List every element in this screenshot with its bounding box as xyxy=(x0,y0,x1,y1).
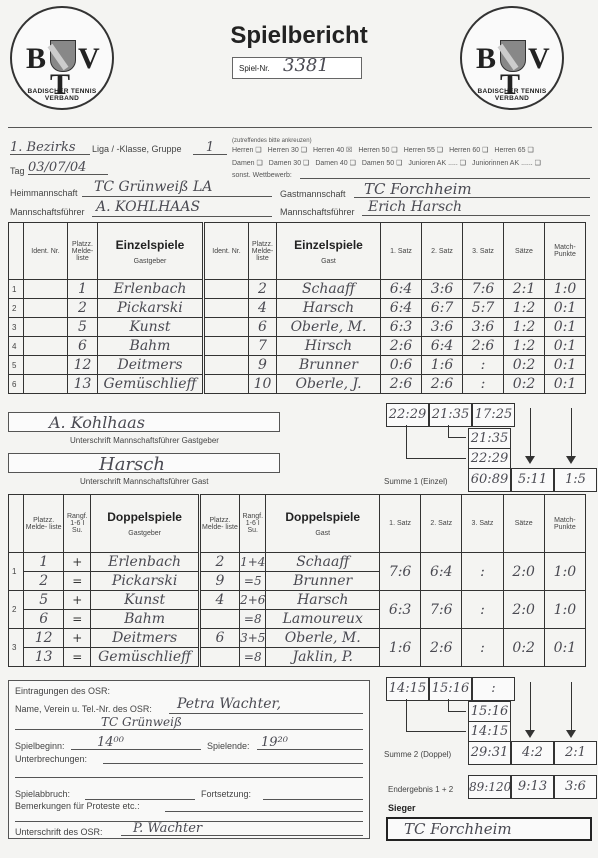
signature-host-label: Unterschrift Mannschaftsführer Gastgeber xyxy=(70,436,219,445)
guest-platz-cell[interactable]: 9 xyxy=(249,356,277,375)
row-number: 6 xyxy=(9,375,24,394)
doubles-title-guest: Doppelspiele xyxy=(266,510,379,524)
spielbeginn-value: 14⁰⁰ xyxy=(97,735,124,750)
satz1-cell[interactable]: 2:6 xyxy=(381,337,422,356)
singles-title-guest: Einzelspiele xyxy=(277,238,380,252)
host-platz-cell[interactable]: 12 xyxy=(24,629,64,648)
satz2-cell[interactable]: 3:6 xyxy=(422,318,463,337)
heim-field[interactable]: TC Grünweiß LA xyxy=(82,178,272,197)
guest-rang-cell[interactable]: 1+4 xyxy=(240,553,266,572)
carry-satz2: 15:16 xyxy=(468,701,511,723)
category-junioren[interactable]: Junioren AK ..... ❑ xyxy=(408,159,466,167)
satz3-cell[interactable]: : xyxy=(463,356,504,375)
guest-rang-cell[interactable]: 2+6 xyxy=(240,591,266,610)
host-player-cell[interactable]: Gemüschlieff xyxy=(91,648,200,667)
satz3-cell[interactable]: : xyxy=(462,629,503,667)
match-cell[interactable]: 0:1 xyxy=(545,299,586,318)
satz1-cell[interactable]: 7:6 xyxy=(379,553,420,591)
host-player-cell[interactable]: Pickarski xyxy=(98,299,204,318)
unterbrechungen-field-2[interactable] xyxy=(15,769,363,778)
osr-section: Eintragungen des OSR: Name, Verein u. Te… xyxy=(8,680,370,839)
tag-value: 03/07/04 xyxy=(28,160,86,175)
spielbeginn-field[interactable]: 14⁰⁰ xyxy=(71,733,201,750)
tag-field[interactable]: 03/07/04 xyxy=(28,158,108,175)
host-player-cell[interactable]: Deitmers xyxy=(91,629,200,648)
page-title: Spielbericht xyxy=(0,22,598,50)
signature-host-field[interactable]: A. Kohlhaas xyxy=(8,412,280,432)
table-row: 46Bahm7Hirsch2:66:42:61:20:1 xyxy=(9,337,586,356)
endergebnis-row: 89:120 9:13 3:6 xyxy=(468,775,597,799)
guest-platz-cell[interactable]: 6 xyxy=(199,629,239,648)
guest-player-cell[interactable]: Harsch xyxy=(266,591,380,610)
guest-label: Gast xyxy=(321,258,336,265)
arrow-down-icon xyxy=(566,456,576,464)
saetze-cell[interactable]: 2:0 xyxy=(503,553,544,591)
guest-player-cell[interactable]: Oberle, M. xyxy=(277,318,381,337)
table-row: 22Pickarski4Harsch6:46:75:71:20:1 xyxy=(9,299,586,318)
singles-totals: 22:29 21:35 17:25 xyxy=(386,403,515,427)
col-guest: DoppelspieleGast xyxy=(266,495,380,553)
col-platz: Platzz. Melde- liste xyxy=(24,495,64,553)
fortsetzung-label: Fortsetzung: xyxy=(201,789,251,799)
guest-platz-cell[interactable]: 10 xyxy=(249,375,277,394)
host-ident-cell[interactable] xyxy=(24,337,68,356)
guest-ident-cell[interactable] xyxy=(204,318,249,337)
guest-ident-cell[interactable] xyxy=(204,375,249,394)
match-cell[interactable]: 1:0 xyxy=(545,280,586,299)
tag-label: Tag xyxy=(10,166,25,176)
total-satz2: 21:35 xyxy=(429,403,472,427)
carry-satz1: 14:15 xyxy=(468,721,511,743)
host-player-cell[interactable]: Deitmers xyxy=(98,356,204,375)
sieger-label: Sieger xyxy=(388,803,416,813)
summe2-row: 29:31 4:2 2:1 xyxy=(468,741,597,765)
satz2-cell[interactable]: 1:6 xyxy=(422,356,463,375)
gast-label: Gastmannschaft xyxy=(280,189,346,199)
pair-number: 3 xyxy=(9,629,24,667)
col-rang-guest: Rangf. 1-6 I Su. xyxy=(240,495,266,553)
arrow-down-icon xyxy=(525,730,535,738)
col-match: Match- Punkte xyxy=(544,495,585,553)
osr-name-value-2: TC Grünweiß xyxy=(101,715,182,729)
col-host: DoppelspieleGastgeber xyxy=(91,495,200,553)
host-rang-cell[interactable]: + xyxy=(64,629,91,648)
arrow-connector xyxy=(448,699,449,711)
guest-player-cell[interactable]: Hirsch xyxy=(277,337,381,356)
logo-ring-text: BADISCHER TENNIS VERBAND xyxy=(466,88,558,102)
host-player-cell[interactable]: Bahm xyxy=(91,610,200,629)
table-row: 512Deitmers9Brunner0:61:6:0:20:1 xyxy=(9,356,586,375)
unterbrechungen-field[interactable] xyxy=(103,753,363,764)
host-ident-cell[interactable] xyxy=(24,299,68,318)
row-number: 1 xyxy=(9,280,24,299)
host-platz-cell[interactable]: 6 xyxy=(24,610,64,629)
bemerkungen-field[interactable] xyxy=(165,801,363,812)
spiel-nr-field[interactable]: Spiel-Nr. 3381 xyxy=(232,57,362,79)
arrow-connector xyxy=(406,458,466,459)
guest-platz-cell[interactable]: 2 xyxy=(199,553,239,572)
match-cell[interactable]: 0:1 xyxy=(545,375,586,394)
satz1-cell[interactable]: 1:6 xyxy=(379,629,420,667)
host-player-cell[interactable]: Erlenbach xyxy=(91,553,200,572)
spiel-nr-label: Spiel-Nr. xyxy=(239,64,270,73)
guest-player-cell[interactable]: Oberle, J. xyxy=(277,375,381,394)
guest-rang-cell[interactable]: =8 xyxy=(240,610,266,629)
gruppe-value: 1 xyxy=(206,140,214,155)
guest-player-cell[interactable]: Oberle, M. xyxy=(266,629,380,648)
satz1-cell[interactable]: 0:6 xyxy=(381,356,422,375)
fortsetzung-field[interactable] xyxy=(263,789,363,800)
saetze-cell[interactable]: 2:0 xyxy=(503,591,544,629)
satz2-cell[interactable]: 2:6 xyxy=(421,629,462,667)
osr-signature-field[interactable]: P. Wachter xyxy=(121,819,363,836)
gast-fuehrer-value: Erich Harsch xyxy=(368,199,462,215)
total-satz2: 15:16 xyxy=(429,677,472,701)
guest-player-cell[interactable]: Schaaff xyxy=(277,280,381,299)
guest-player-cell[interactable]: Schaaff xyxy=(266,553,380,572)
summe2-label: Summe 2 (Doppel) xyxy=(384,750,451,759)
summe1-match: 1:5 xyxy=(554,468,597,492)
heim-value: TC Grünweiß LA xyxy=(94,179,212,195)
host-platz-cell[interactable]: 1 xyxy=(68,280,98,299)
category-note: (zutreffendes bitte ankreuzen) xyxy=(232,138,312,144)
arrow-down-icon xyxy=(530,408,531,458)
saetze-cell[interactable]: 0:2 xyxy=(504,375,545,394)
pair-number: 1 xyxy=(9,553,24,591)
arrow-connector xyxy=(406,425,407,458)
summe2-games: 29:31 xyxy=(468,741,511,765)
category-damen-40[interactable]: Damen 40 ❑ xyxy=(315,159,356,167)
arrow-down-icon xyxy=(566,730,576,738)
gruppe-field[interactable]: 1 xyxy=(193,138,227,155)
arrow-down-icon xyxy=(571,408,572,458)
host-ident-cell[interactable] xyxy=(24,318,68,337)
arrow-connector xyxy=(406,699,407,731)
spielende-label: Spielende: xyxy=(207,741,250,751)
match-cell[interactable]: 0:1 xyxy=(544,629,585,667)
col-satz1: 1. Satz xyxy=(379,495,420,553)
match-cell[interactable]: 0:1 xyxy=(545,337,586,356)
match-cell[interactable]: 1:0 xyxy=(544,591,585,629)
guest-rang-cell[interactable]: =5 xyxy=(240,572,266,591)
row-number: 4 xyxy=(9,337,24,356)
spielabbruch-label: Spielabbruch: xyxy=(15,789,70,799)
host-label: Gastgeber xyxy=(134,258,167,265)
guest-label: Gast xyxy=(315,530,330,537)
final-saetze: 9:13 xyxy=(511,775,554,799)
category-row-2: Damen ❑ Damen 30 ❑ Damen 40 ❑ Damen 50 ❑… xyxy=(232,159,598,167)
col-satz3: 3. Satz xyxy=(462,495,503,553)
guest-ident-cell[interactable] xyxy=(204,299,249,318)
host-platz-cell[interactable]: 5 xyxy=(24,591,64,610)
col-match: Match- Punkte xyxy=(545,223,586,280)
osr-signature-label: Unterschrift des OSR: xyxy=(15,827,103,837)
match-cell[interactable]: 0:1 xyxy=(545,356,586,375)
col-rang: Rangf. 1-6 I Su. xyxy=(64,495,91,553)
row-number: 5 xyxy=(9,356,24,375)
host-rang-cell[interactable]: + xyxy=(64,591,91,610)
satz2-cell[interactable]: 7:6 xyxy=(421,591,462,629)
col-ident: Ident. Nr. xyxy=(24,223,68,280)
host-platz-cell[interactable]: 13 xyxy=(24,648,64,667)
satz3-cell[interactable]: : xyxy=(463,375,504,394)
category-herren-65[interactable]: Herren 65 ❑ xyxy=(494,146,533,154)
host-player-cell[interactable]: Kunst xyxy=(91,591,200,610)
osr-signature-value: P. Wachter xyxy=(133,821,202,836)
saetze-cell[interactable]: 2:1 xyxy=(504,280,545,299)
col-saetze: Sätze xyxy=(504,223,545,280)
gast-field[interactable]: TC Forchheim xyxy=(354,180,590,198)
sonst-label: sonst. Wettbewerb: xyxy=(232,172,292,179)
host-platz-cell[interactable]: 13 xyxy=(68,375,98,394)
gast-fuehrer-label: Mannschaftsführer xyxy=(280,207,355,217)
table-row: 613Gemüschlieff10Oberle, J.2:62:6:0:20:1 xyxy=(9,375,586,394)
satz3-cell[interactable]: 2:6 xyxy=(463,337,504,356)
host-player-cell[interactable]: Kunst xyxy=(98,318,204,337)
guest-platz-cell[interactable]: 7 xyxy=(249,337,277,356)
arrow-down-icon xyxy=(530,682,531,732)
guest-platz-cell[interactable]: 9 xyxy=(199,572,239,591)
col-guest: EinzelspieleGast xyxy=(277,223,381,280)
category-damen-50[interactable]: Damen 50 ❑ xyxy=(362,159,403,167)
saetze-cell[interactable]: 1:2 xyxy=(504,318,545,337)
summe1-games: 60:89 xyxy=(468,468,511,492)
satz2-cell[interactable]: 6:7 xyxy=(422,299,463,318)
row-number: 2 xyxy=(9,299,24,318)
category-herren[interactable]: Herren ❑ xyxy=(232,146,262,154)
guest-platz-cell[interactable] xyxy=(199,648,239,667)
satz1-cell[interactable]: 6:3 xyxy=(379,591,420,629)
host-label: Gastgeber xyxy=(128,530,161,537)
host-platz-cell[interactable]: 6 xyxy=(68,337,98,356)
category-herren-50[interactable]: Herren 50 ❑ xyxy=(358,146,397,154)
host-rang-cell[interactable]: = xyxy=(64,648,91,667)
summe2-saetze: 4:2 xyxy=(511,741,554,765)
total-satz1: 14:15 xyxy=(386,677,429,701)
arrow-connector xyxy=(448,425,449,437)
host-rang-cell[interactable]: + xyxy=(64,553,91,572)
category-damen[interactable]: Damen ❑ xyxy=(232,159,263,167)
arrow-connector xyxy=(406,731,466,732)
satz3-cell[interactable]: : xyxy=(462,591,503,629)
heim-fuehrer-label: Mannschaftsführer xyxy=(10,207,85,217)
guest-platz-cell[interactable]: 4 xyxy=(249,299,277,318)
table-row: 11Erlenbach2Schaaff6:43:67:62:11:0 xyxy=(9,280,586,299)
summe2-match: 2:1 xyxy=(554,741,597,765)
pair-number: 2 xyxy=(9,591,24,629)
host-player-cell[interactable]: Pickarski xyxy=(91,572,200,591)
host-platz-cell[interactable]: 5 xyxy=(68,318,98,337)
host-player-cell[interactable]: Gemüschlieff xyxy=(98,375,204,394)
bemerkungen-label: Bemerkungen für Proteste etc.: xyxy=(15,801,140,811)
category-herren-40[interactable]: Herren 40 ☒ xyxy=(313,146,352,154)
total-satz3: 17:25 xyxy=(472,403,515,427)
guest-rang-cell[interactable]: =8 xyxy=(240,648,266,667)
total-satz1: 22:29 xyxy=(386,403,429,427)
final-match: 3:6 xyxy=(554,775,597,799)
singles-title: Einzelspiele xyxy=(98,238,202,252)
arrow-down-icon xyxy=(571,682,572,732)
liga-label: Liga / -Klasse, Gruppe xyxy=(92,144,182,154)
summe1-label: Summe 1 (Einzel) xyxy=(384,477,448,486)
signature-guest-field[interactable]: Harsch xyxy=(8,453,280,473)
liga-value: 1. Bezirks xyxy=(10,140,76,155)
saetze-cell[interactable]: 0:2 xyxy=(504,356,545,375)
host-rang-cell[interactable]: = xyxy=(64,610,91,629)
summe1-saetze: 5:11 xyxy=(511,468,554,492)
spielbeginn-label: Spielbeginn: xyxy=(15,741,65,751)
category-juniorinnen[interactable]: Juniorinnen AK ...... ❑ xyxy=(472,159,541,167)
guest-player-cell[interactable]: Lamoureux xyxy=(266,610,380,629)
spiel-nr-value: 3381 xyxy=(283,55,329,76)
category-herren-55[interactable]: Herren 55 ❑ xyxy=(404,146,443,154)
col-satz1: 1. Satz xyxy=(381,223,422,280)
host-player-cell[interactable]: Bahm xyxy=(98,337,204,356)
sieger-field[interactable]: TC Forchheim xyxy=(386,817,592,841)
host-platz-cell[interactable]: 12 xyxy=(68,356,98,375)
unterbrechungen-label: Unterbrechungen: xyxy=(15,754,87,764)
endergebnis-label: Endergebnis 1 + 2 xyxy=(388,785,453,794)
spielende-field[interactable]: 19²⁰ xyxy=(257,733,363,750)
carry-satz1: 22:29 xyxy=(468,448,511,470)
col-platz: Platzz. Melde- liste xyxy=(68,223,98,280)
host-ident-cell[interactable] xyxy=(24,375,68,394)
match-cell[interactable]: 0:1 xyxy=(545,318,586,337)
host-platz-cell[interactable]: 2 xyxy=(68,299,98,318)
table-row: 11+Erlenbach21+4Schaaff7:66:4:2:01:0 xyxy=(9,553,586,572)
guest-player-cell[interactable]: Jaklin, P. xyxy=(266,648,380,667)
satz3-cell[interactable]: 5:7 xyxy=(463,299,504,318)
osr-title: Eintragungen des OSR: xyxy=(15,686,110,696)
doubles-table: Platzz. Melde- liste Rangf. 1-6 I Su. Do… xyxy=(8,494,586,667)
table-row: 25+Kunst42+6Harsch6:37:6:2:01:0 xyxy=(9,591,586,610)
satz2-cell[interactable]: 6:4 xyxy=(422,337,463,356)
final-games: 89:120 xyxy=(468,775,511,799)
guest-player-cell[interactable]: Harsch xyxy=(277,299,381,318)
guest-ident-cell[interactable] xyxy=(204,280,249,299)
header-divider xyxy=(8,127,592,128)
heim-fuehrer-value: A. KOHLHAAS xyxy=(96,199,200,215)
host-ident-cell[interactable] xyxy=(24,356,68,375)
row-number: 3 xyxy=(9,318,24,337)
col-satz3: 3. Satz xyxy=(463,223,504,280)
guest-platz-cell[interactable]: 6 xyxy=(249,318,277,337)
col-satz2: 2. Satz xyxy=(421,495,462,553)
signature-guest-label: Unterschrift Mannschaftsführer Gast xyxy=(80,477,209,486)
satz2-cell[interactable]: 3:6 xyxy=(422,280,463,299)
host-player-cell[interactable]: Erlenbach xyxy=(98,280,204,299)
category-row-1: Herren ❑ Herren 30 ❑ Herren 40 ☒ Herren … xyxy=(232,146,598,154)
satz1-cell[interactable]: 2:6 xyxy=(381,375,422,394)
table-row: 35Kunst6Oberle, M.6:33:63:61:20:1 xyxy=(9,318,586,337)
saetze-cell[interactable]: 1:2 xyxy=(504,299,545,318)
spielende-value: 19²⁰ xyxy=(261,735,288,750)
arrow-connector xyxy=(448,711,466,712)
col-platz-guest: Platzz. Melde- liste xyxy=(249,223,277,280)
host-platz-cell[interactable]: 2 xyxy=(24,572,64,591)
col-satz2: 2. Satz xyxy=(422,223,463,280)
doubles-totals: 14:15 15:16 : xyxy=(386,677,515,701)
col-platz-guest: Platzz. Melde- liste xyxy=(199,495,239,553)
col-saetze: Sätze xyxy=(503,495,544,553)
guest-ident-cell[interactable] xyxy=(204,356,249,375)
satz3-cell[interactable]: 7:6 xyxy=(463,280,504,299)
total-satz3: : xyxy=(472,677,515,701)
host-rang-cell[interactable]: = xyxy=(64,572,91,591)
satz1-cell[interactable]: 6:4 xyxy=(381,280,422,299)
satz3-cell[interactable]: 3:6 xyxy=(463,318,504,337)
saetze-cell[interactable]: 1:2 xyxy=(504,337,545,356)
match-cell[interactable]: 1:0 xyxy=(544,553,585,591)
heim-fuehrer-field[interactable]: A. KOHLHAAS xyxy=(92,198,272,217)
osr-name-label: Name, Verein u. Tel.-Nr. des OSR: xyxy=(15,704,152,714)
satz1-cell[interactable]: 6:4 xyxy=(381,299,422,318)
satz3-cell[interactable]: : xyxy=(462,553,503,591)
guest-platz-cell[interactable] xyxy=(199,610,239,629)
sonst-field[interactable] xyxy=(300,170,590,179)
liga-field[interactable]: 1. Bezirks xyxy=(10,138,90,155)
guest-player-cell[interactable]: Brunner xyxy=(277,356,381,375)
guest-platz-cell[interactable]: 2 xyxy=(249,280,277,299)
arrow-connector xyxy=(448,437,466,438)
osr-name-field-2[interactable]: TC Grünweiß xyxy=(15,717,363,730)
host-ident-cell[interactable] xyxy=(24,280,68,299)
summe1-row: 60:89 5:11 1:5 xyxy=(468,468,597,492)
gast-value: TC Forchheim xyxy=(364,180,472,198)
heim-label: Heimmannschaft xyxy=(10,188,78,198)
category-herren-30[interactable]: Herren 30 ❑ xyxy=(268,146,307,154)
category-damen-30[interactable]: Damen 30 ❑ xyxy=(269,159,310,167)
singles-table: Ident. Nr. Platzz. Melde- liste Einzelsp… xyxy=(8,222,586,394)
logo-ring-text: BADISCHER TENNIS VERBAND xyxy=(16,88,108,102)
satz2-cell[interactable]: 6:4 xyxy=(421,553,462,591)
col-ident-guest: Ident. Nr. xyxy=(204,223,249,280)
satz1-cell[interactable]: 6:3 xyxy=(381,318,422,337)
sieger-value: TC Forchheim xyxy=(404,820,512,838)
arrow-down-icon xyxy=(525,456,535,464)
signature-host-value: A. Kohlhaas xyxy=(49,413,145,432)
gast-fuehrer-field[interactable]: Erich Harsch xyxy=(362,198,590,216)
guest-ident-cell[interactable] xyxy=(204,337,249,356)
guest-platz-cell[interactable]: 4 xyxy=(199,591,239,610)
carry-satz2: 21:35 xyxy=(468,428,511,450)
osr-name-value: Petra Wachter, xyxy=(177,696,281,712)
spielabbruch-field[interactable] xyxy=(85,789,195,800)
signature-guest-value: Harsch xyxy=(99,454,165,475)
osr-name-field[interactable]: Petra Wachter, xyxy=(169,695,363,714)
guest-rang-cell[interactable]: 3+5 xyxy=(240,629,266,648)
guest-player-cell[interactable]: Brunner xyxy=(266,572,380,591)
satz2-cell[interactable]: 2:6 xyxy=(422,375,463,394)
host-platz-cell[interactable]: 1 xyxy=(24,553,64,572)
category-herren-60[interactable]: Herren 60 ❑ xyxy=(449,146,488,154)
saetze-cell[interactable]: 0:2 xyxy=(503,629,544,667)
doubles-title: Doppelspiele xyxy=(91,510,198,524)
table-row: 312+Deitmers63+5Oberle, M.1:62:6:0:20:1 xyxy=(9,629,586,648)
col-host: EinzelspieleGastgeber xyxy=(98,223,204,280)
